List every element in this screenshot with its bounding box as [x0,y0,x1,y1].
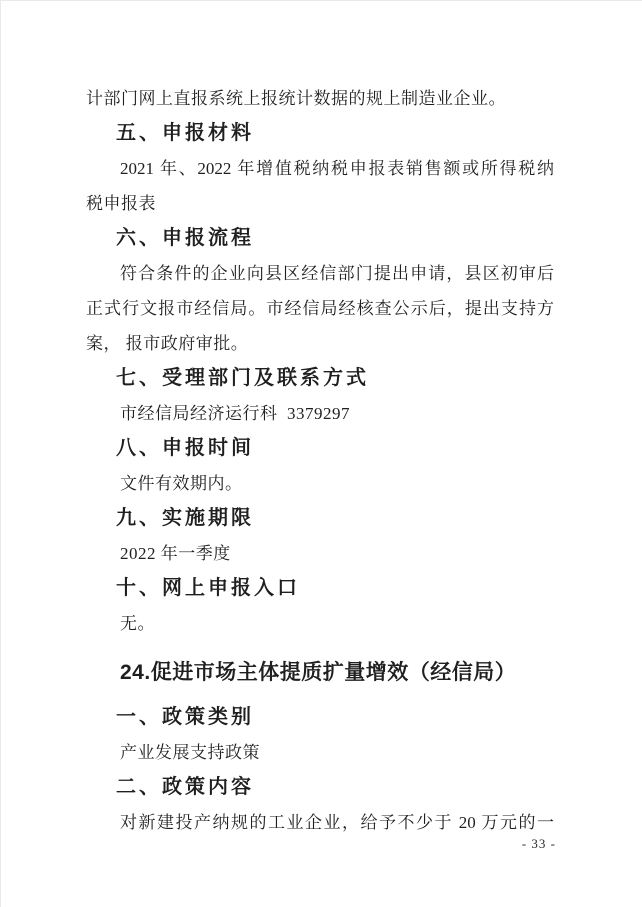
body-line: 税申报表 [86,186,554,221]
body-line: 产业发展支持政策 [86,735,554,770]
heading-implementation-period: 九、实施期限 [86,501,554,536]
heading-online-entry: 十、网上申报入口 [86,571,554,606]
heading-application-materials: 五、申报材料 [86,116,554,151]
body-line: 计部门网上直报系统上报统计数据的规上制造业企业。 [86,81,554,116]
document-page: 计部门网上直报系统上报统计数据的规上制造业企业。 五、申报材料 2021 年、2… [0,0,642,907]
heading-policy-content: 二、政策内容 [86,770,554,805]
body-line: 文件有效期内。 [86,466,554,501]
page-number: - 33 - [522,836,556,852]
body-line: 案， 报市政府审批。 [86,326,554,361]
section-title-24: 24.促进市场主体提质扩量增效（经信局） [86,655,554,690]
heading-accepting-department: 七、受理部门及联系方式 [86,361,554,396]
body-line: 符合条件的企业向县区经信部门提出申请，县区初审后 [86,256,554,291]
body-line-contact: 市经信局经济运行科 3379297 [86,396,554,431]
heading-application-process: 六、申报流程 [86,221,554,256]
heading-application-time: 八、申报时间 [86,431,554,466]
heading-policy-category: 一、政策类别 [86,700,554,735]
body-line: 正式行文报市经信局。市经信局经核查公示后，提出支持方 [86,291,554,326]
body-line: 2022 年一季度 [86,536,554,571]
body-line: 2021 年、2022 年增值税纳税申报表销售额或所得税纳 [86,151,554,186]
body-line: 对新建投产纳规的工业企业，给予不少于 20 万元的一 [86,805,554,840]
body-line: 无。 [86,606,554,641]
